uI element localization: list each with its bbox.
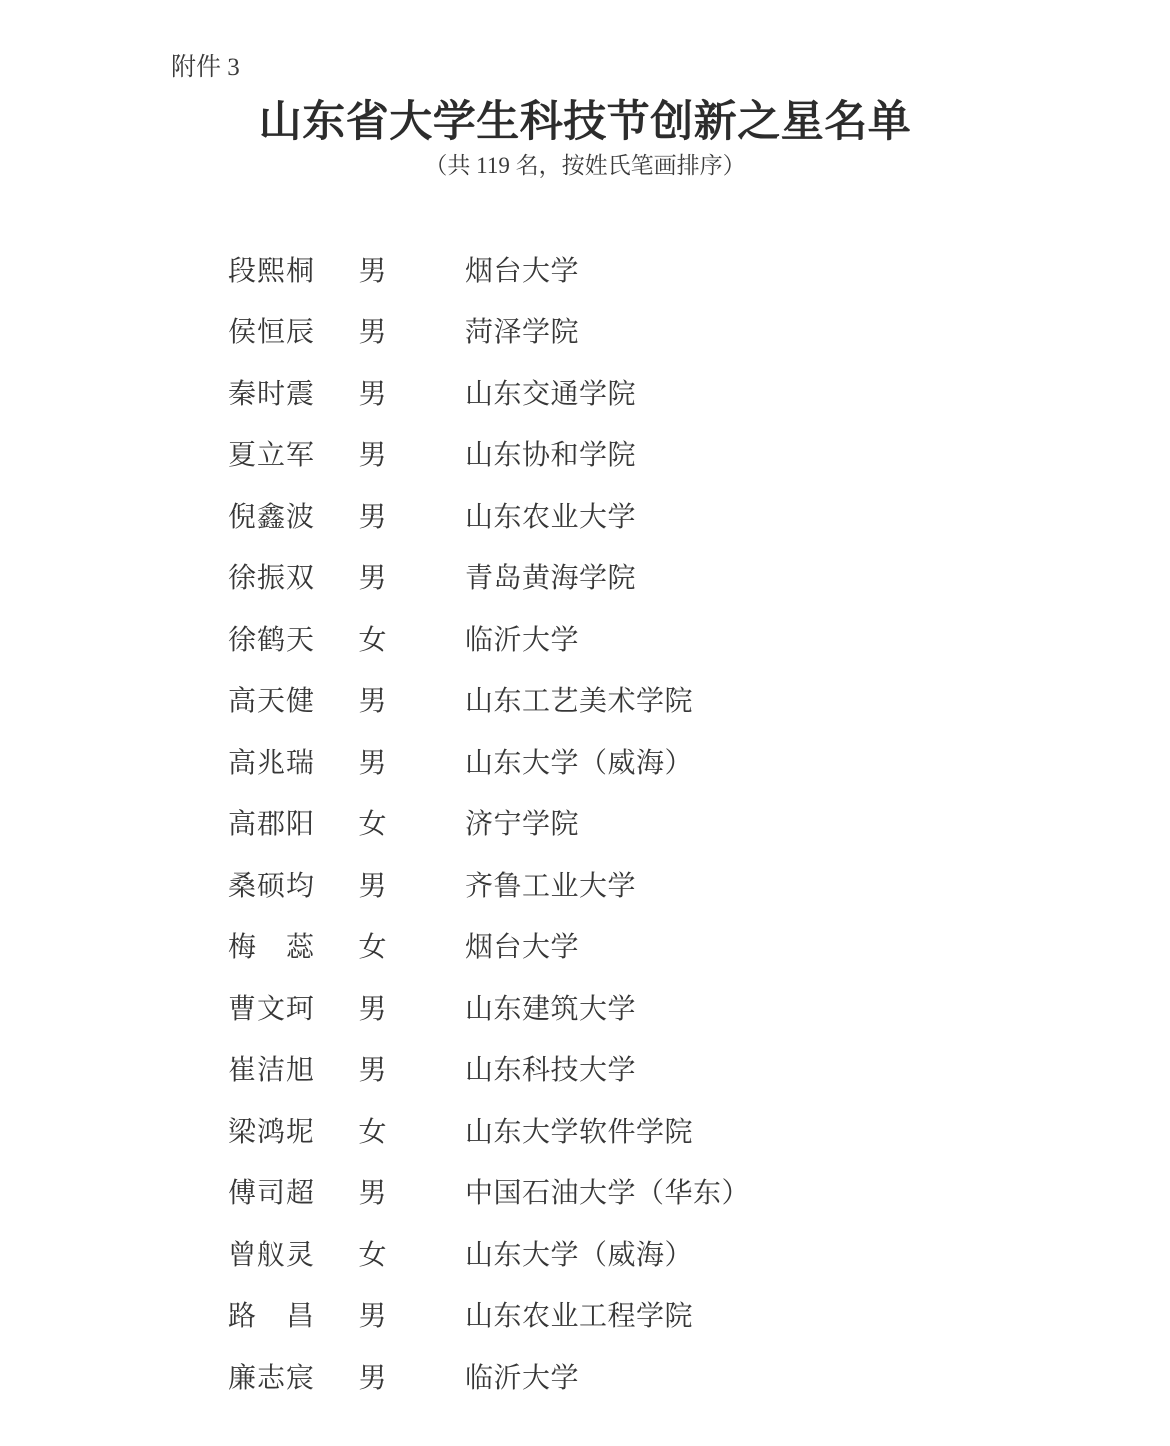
student-gender: 男 (358, 1048, 387, 1088)
roster-row: 侯恒辰 男 菏泽学院 (228, 300, 1170, 362)
student-school: 中国石油大学（华东） (465, 1171, 750, 1211)
student-school: 山东大学软件学院 (465, 1110, 693, 1150)
student-gender: 男 (358, 1171, 387, 1211)
student-gender: 男 (358, 433, 387, 473)
student-gender: 男 (358, 310, 387, 350)
student-name: 高兆瑞 (228, 741, 314, 781)
roster-row: 廉志宸 男 临沂大学 (228, 1345, 1170, 1407)
student-school: 菏泽学院 (465, 310, 579, 350)
student-school: 山东大学（威海） (465, 741, 693, 781)
student-name: 曹文珂 (228, 987, 314, 1027)
student-name: 徐振双 (228, 556, 314, 596)
student-gender: 女 (358, 1233, 387, 1273)
student-gender: 男 (358, 372, 387, 412)
roster-row: 桑硕均 男 齐鲁工业大学 (228, 853, 1170, 915)
roster-row: 崔洁旭 男 山东科技大学 (228, 1038, 1170, 1100)
student-school: 临沂大学 (465, 1356, 579, 1396)
roster-row: 夏立军 男 山东协和学院 (228, 423, 1170, 485)
student-name: 侯恒辰 (228, 310, 314, 350)
roster-row: 曹文珂 男 山东建筑大学 (228, 976, 1170, 1038)
student-school: 烟台大学 (465, 249, 579, 289)
roster-row: 梁鸿坭 女 山东大学软件学院 (228, 1099, 1170, 1161)
student-school: 临沂大学 (465, 618, 579, 658)
roster-row: 徐鹤天 女 临沂大学 (228, 607, 1170, 669)
document-page: 附件 3 山东省大学生科技节创新之星名单 （共 119 名，按姓氏笔画排序） 段… (0, 0, 1170, 1446)
roster-row: 路昌 男 山东农业工程学院 (228, 1284, 1170, 1346)
student-gender: 男 (358, 556, 387, 596)
student-name: 梅蕊 (228, 925, 314, 965)
student-gender: 男 (358, 495, 387, 535)
student-school: 山东农业大学 (465, 495, 636, 535)
student-name: 秦时震 (228, 372, 314, 412)
student-school: 山东农业工程学院 (465, 1294, 693, 1334)
student-name: 高天健 (228, 679, 314, 719)
student-name: 高郡阳 (228, 802, 314, 842)
student-name: 段熙桐 (228, 249, 314, 289)
student-school: 山东建筑大学 (465, 987, 636, 1027)
student-school: 山东工艺美术学院 (465, 679, 693, 719)
roster-row: 秦时震 男 山东交通学院 (228, 361, 1170, 423)
student-gender: 男 (358, 741, 387, 781)
student-name: 傅司超 (228, 1171, 314, 1211)
student-name: 曾舣灵 (228, 1233, 314, 1273)
student-name: 廉志宸 (228, 1356, 314, 1396)
student-name: 崔洁旭 (228, 1048, 314, 1088)
page-title: 山东省大学生科技节创新之星名单 (0, 88, 1170, 149)
student-gender: 女 (358, 618, 387, 658)
student-gender: 女 (358, 802, 387, 842)
student-school: 山东大学（威海） (465, 1233, 693, 1273)
student-school: 济宁学院 (465, 802, 579, 842)
student-school: 山东科技大学 (465, 1048, 636, 1088)
roster-row: 倪鑫波 男 山东农业大学 (228, 484, 1170, 546)
roster-row: 高兆瑞 男 山东大学（威海） (228, 730, 1170, 792)
student-name: 路昌 (228, 1294, 314, 1334)
student-name: 桑硕均 (228, 864, 314, 904)
student-school: 烟台大学 (465, 925, 579, 965)
student-gender: 男 (358, 1294, 387, 1334)
roster-row: 段熙桐 男 烟台大学 (228, 238, 1170, 300)
roster-row: 高天健 男 山东工艺美术学院 (228, 669, 1170, 731)
student-school: 青岛黄海学院 (465, 556, 636, 596)
roster: 段熙桐 男 烟台大学 侯恒辰 男 菏泽学院 秦时震 男 山东交通学院 夏立军 男… (228, 238, 1170, 1407)
roster-row: 曾舣灵 女 山东大学（威海） (228, 1222, 1170, 1284)
roster-row: 高郡阳 女 济宁学院 (228, 792, 1170, 854)
student-gender: 男 (358, 679, 387, 719)
student-name: 梁鸿坭 (228, 1110, 314, 1150)
student-school: 山东交通学院 (465, 372, 636, 412)
attachment-label: 附件 3 (171, 53, 240, 83)
student-name: 夏立军 (228, 433, 314, 473)
student-gender: 女 (358, 1110, 387, 1150)
page-subtitle: （共 119 名，按姓氏笔画排序） (0, 147, 1170, 180)
roster-row: 傅司超 男 中国石油大学（华东） (228, 1161, 1170, 1223)
student-name: 倪鑫波 (228, 495, 314, 535)
student-school: 齐鲁工业大学 (465, 864, 636, 904)
student-gender: 男 (358, 249, 387, 289)
roster-row: 梅蕊 女 烟台大学 (228, 915, 1170, 977)
student-gender: 男 (358, 1356, 387, 1396)
student-name: 徐鹤天 (228, 618, 314, 658)
student-gender: 男 (358, 987, 387, 1027)
student-gender: 男 (358, 864, 387, 904)
student-gender: 女 (358, 925, 387, 965)
student-school: 山东协和学院 (465, 433, 636, 473)
roster-row: 徐振双 男 青岛黄海学院 (228, 546, 1170, 608)
